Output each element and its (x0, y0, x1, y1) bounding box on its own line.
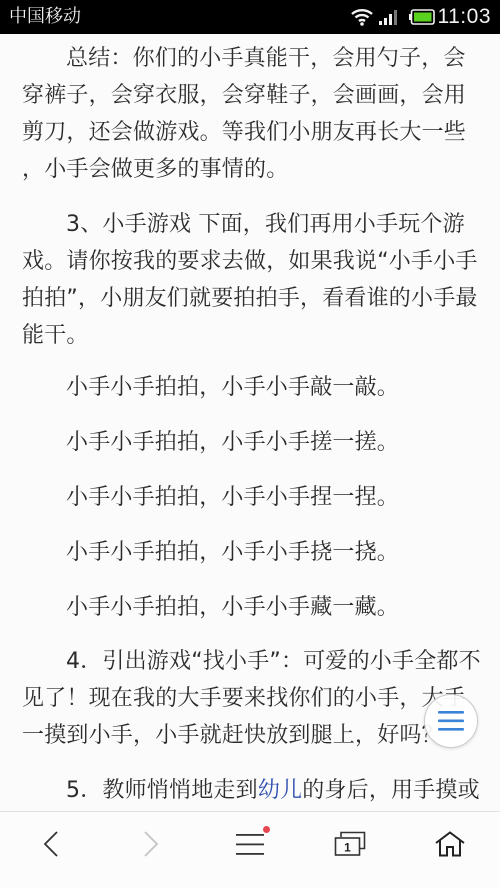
svg-text:1: 1 (344, 841, 351, 855)
text-line: 总结：你们的小手真能干，会用勺子，会 (66, 40, 466, 77)
tabs-button[interactable]: 1 (320, 824, 380, 864)
chevron-right-icon (143, 831, 159, 857)
text-line: 3、小手游戏 下面，我们再用小手玩个游 (66, 206, 465, 243)
tabs-icon: 1 (334, 831, 366, 857)
hamburger-icon (236, 832, 264, 856)
status-bar: 中国移动 11:03 (0, 0, 500, 34)
text-line: 小手小手拍拍，小手小手挠一挠。 (66, 534, 399, 571)
carrier-name: 中国移动 (9, 5, 81, 29)
forward-button[interactable] (121, 824, 181, 864)
text-segment: 的身后，用手摸或 (302, 778, 480, 803)
text-line: 小手小手拍拍，小手小手藏一藏。 (66, 589, 399, 626)
link-youer[interactable]: 幼儿 (258, 778, 302, 803)
text-line: ，小手会做更多的事情的。 (22, 151, 288, 188)
menu-button[interactable] (220, 824, 280, 864)
chevron-left-icon (43, 831, 59, 857)
home-button[interactable] (420, 824, 480, 864)
text-line: 一摸到小手，小手就赶快放到腿上，好吗？ (22, 717, 444, 754)
signal-icon (379, 9, 399, 25)
text-line: 5．教师悄悄地走到幼儿的身后，用手摸或 (66, 772, 480, 809)
notification-badge (263, 826, 270, 833)
back-button[interactable] (21, 824, 81, 864)
browser-toolbar: 1 (0, 811, 500, 888)
menu-icon (438, 710, 464, 732)
home-icon (435, 831, 465, 857)
text-line: 小手小手拍拍，小手小手捏一捏。 (66, 479, 399, 516)
floating-menu-button[interactable] (424, 694, 478, 748)
article-content: 总结：你们的小手真能干，会用勺子，会 穿裤子，会穿衣服，会穿鞋子，会画画，会用 … (0, 34, 500, 810)
text-line: 小手小手拍拍，小手小手搓一搓。 (66, 424, 399, 461)
wifi-icon (351, 8, 373, 26)
text-line: 能干。 (22, 317, 89, 354)
text-line: 穿裤子，会穿衣服，会穿鞋子，会画画，会用 (22, 77, 466, 114)
battery-icon (409, 9, 435, 25)
text-line: 戏。请你按我的要求去做，如果我说“小手小手 (22, 243, 478, 280)
text-line: 拍拍”，小朋友们就要拍拍手，看看谁的小手最 (22, 280, 478, 317)
text-line: 小手小手拍拍，小手小手敲一敲。 (66, 369, 399, 406)
clock: 11:03 (438, 5, 492, 29)
text-line: 见了！现在我的大手要来找你们的小手，大手 (22, 680, 466, 717)
text-line: 4．引出游戏“找小手”：可爱的小手全都不 (66, 643, 481, 680)
status-icons: 11:03 (351, 4, 492, 30)
text-segment: 5．教师悄悄地走到 (66, 778, 258, 803)
text-line: 剪刀，还会做游戏。等我们小朋友再长大一些 (22, 114, 466, 151)
